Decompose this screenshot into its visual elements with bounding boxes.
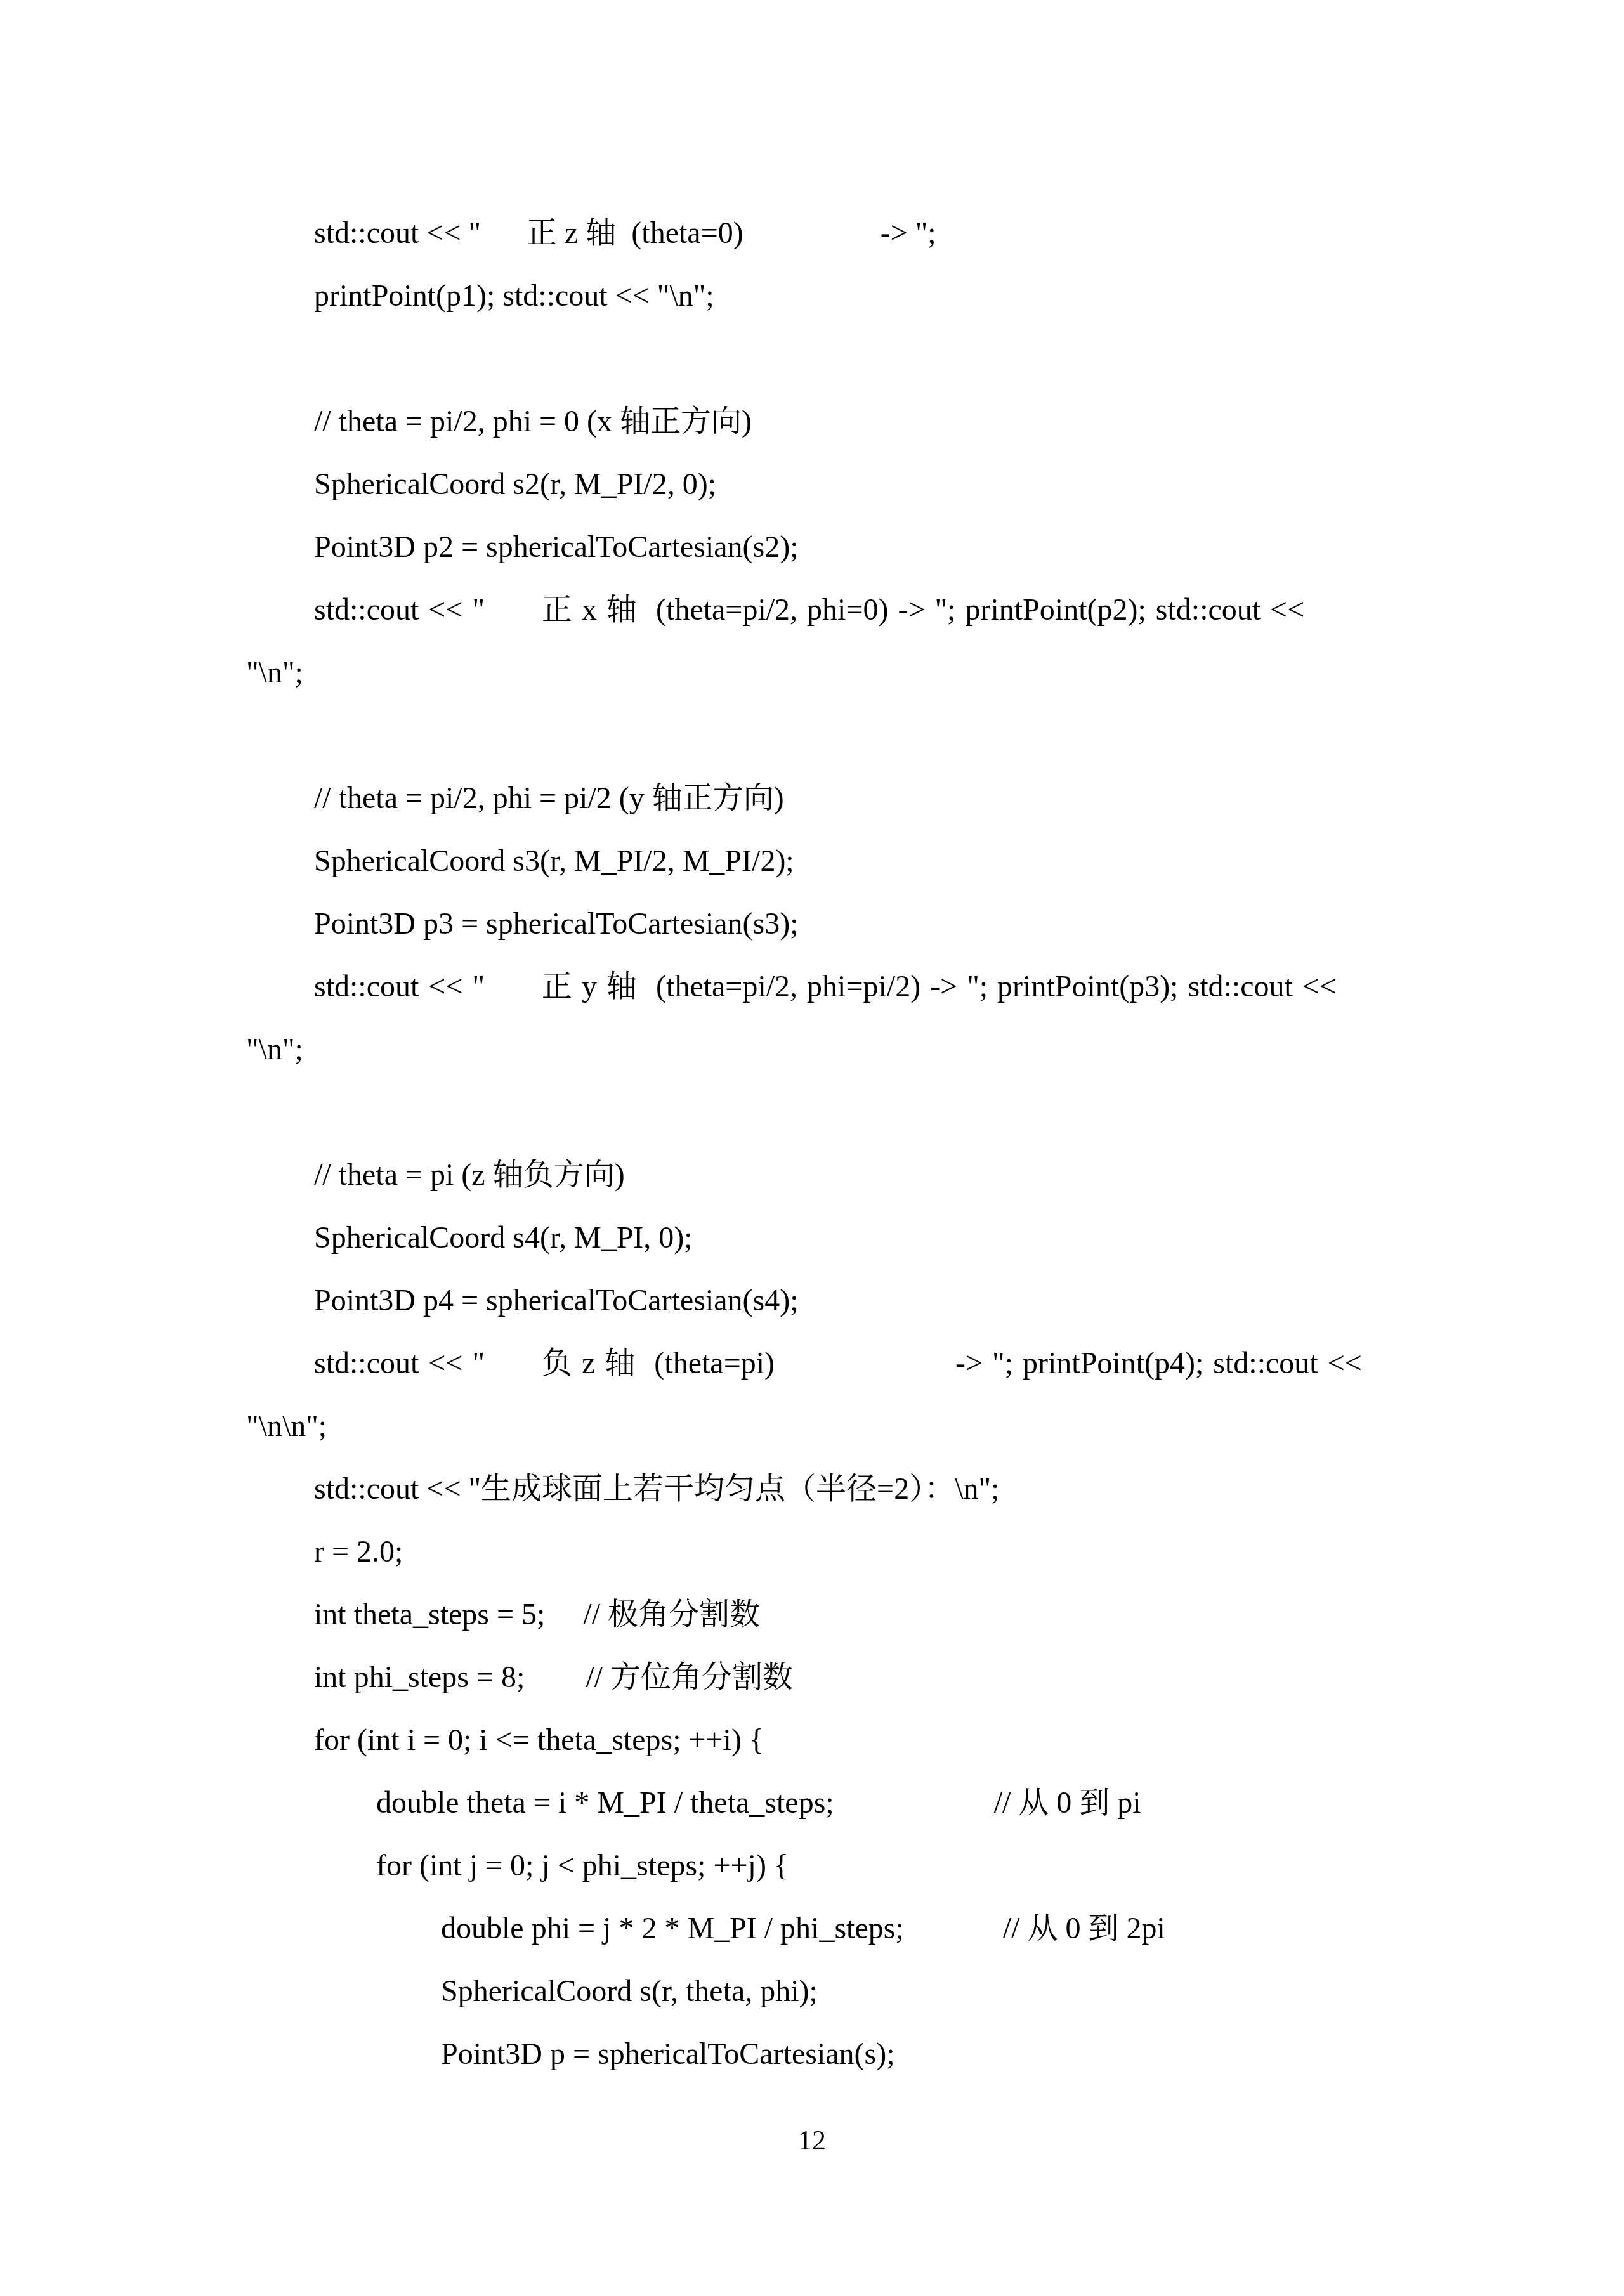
- code-line: SphericalCoord s2(r, M_PI/2, 0);: [0, 453, 1624, 516]
- code-line: double phi = j * 2 * M_PI / phi_steps; /…: [0, 1897, 1624, 1960]
- code-line: Point3D p3 = sphericalToCartesian(s3);: [0, 892, 1624, 955]
- code-line: SphericalCoord s(r, theta, phi);: [0, 1960, 1624, 2023]
- code-comment-line: // theta = pi/2, phi = 0 (x 轴正方向): [0, 390, 1624, 453]
- code-comment-line: // theta = pi/2, phi = pi/2 (y 轴正方向): [0, 767, 1624, 830]
- document-page-body: std::cout << " 正 z 轴 (theta=0) -> "; pri…: [0, 202, 1624, 2085]
- page-number: 12: [0, 2125, 1624, 2156]
- code-line: std::cout << " 负 z 轴 (theta=pi) -> "; pr…: [0, 1332, 1624, 1395]
- code-line: std::cout << " 正 z 轴 (theta=0) -> ";: [0, 202, 1624, 264]
- code-comment-line: // theta = pi (z 轴负方向): [0, 1144, 1624, 1206]
- code-line: SphericalCoord s3(r, M_PI/2, M_PI/2);: [0, 830, 1624, 892]
- code-line: for (int j = 0; j < phi_steps; ++j) {: [0, 1834, 1624, 1897]
- blank-line: [0, 704, 1624, 767]
- blank-line: [0, 327, 1624, 390]
- code-line: for (int i = 0; i <= theta_steps; ++i) {: [0, 1709, 1624, 1771]
- code-line: std::cout << "生成球面上若干均匀点（半径=2）：\n";: [0, 1458, 1624, 1520]
- code-line: SphericalCoord s4(r, M_PI, 0);: [0, 1206, 1624, 1269]
- code-continuation-line: "\n";: [0, 641, 1624, 704]
- code-line: int theta_steps = 5; // 极角分割数: [0, 1583, 1624, 1646]
- code-line: int phi_steps = 8; // 方位角分割数: [0, 1646, 1624, 1709]
- code-line: double theta = i * M_PI / theta_steps; /…: [0, 1771, 1624, 1834]
- code-line: printPoint(p1); std::cout << "\n";: [0, 264, 1624, 327]
- code-line: std::cout << " 正 x 轴 (theta=pi/2, phi=0)…: [0, 578, 1624, 641]
- code-line: Point3D p = sphericalToCartesian(s);: [0, 2023, 1624, 2085]
- code-continuation-line: "\n\n";: [0, 1395, 1624, 1458]
- code-line: Point3D p2 = sphericalToCartesian(s2);: [0, 516, 1624, 578]
- blank-line: [0, 1081, 1624, 1144]
- code-line: std::cout << " 正 y 轴 (theta=pi/2, phi=pi…: [0, 955, 1624, 1018]
- code-line: Point3D p4 = sphericalToCartesian(s4);: [0, 1269, 1624, 1332]
- code-continuation-line: "\n";: [0, 1018, 1624, 1081]
- code-line: r = 2.0;: [0, 1520, 1624, 1583]
